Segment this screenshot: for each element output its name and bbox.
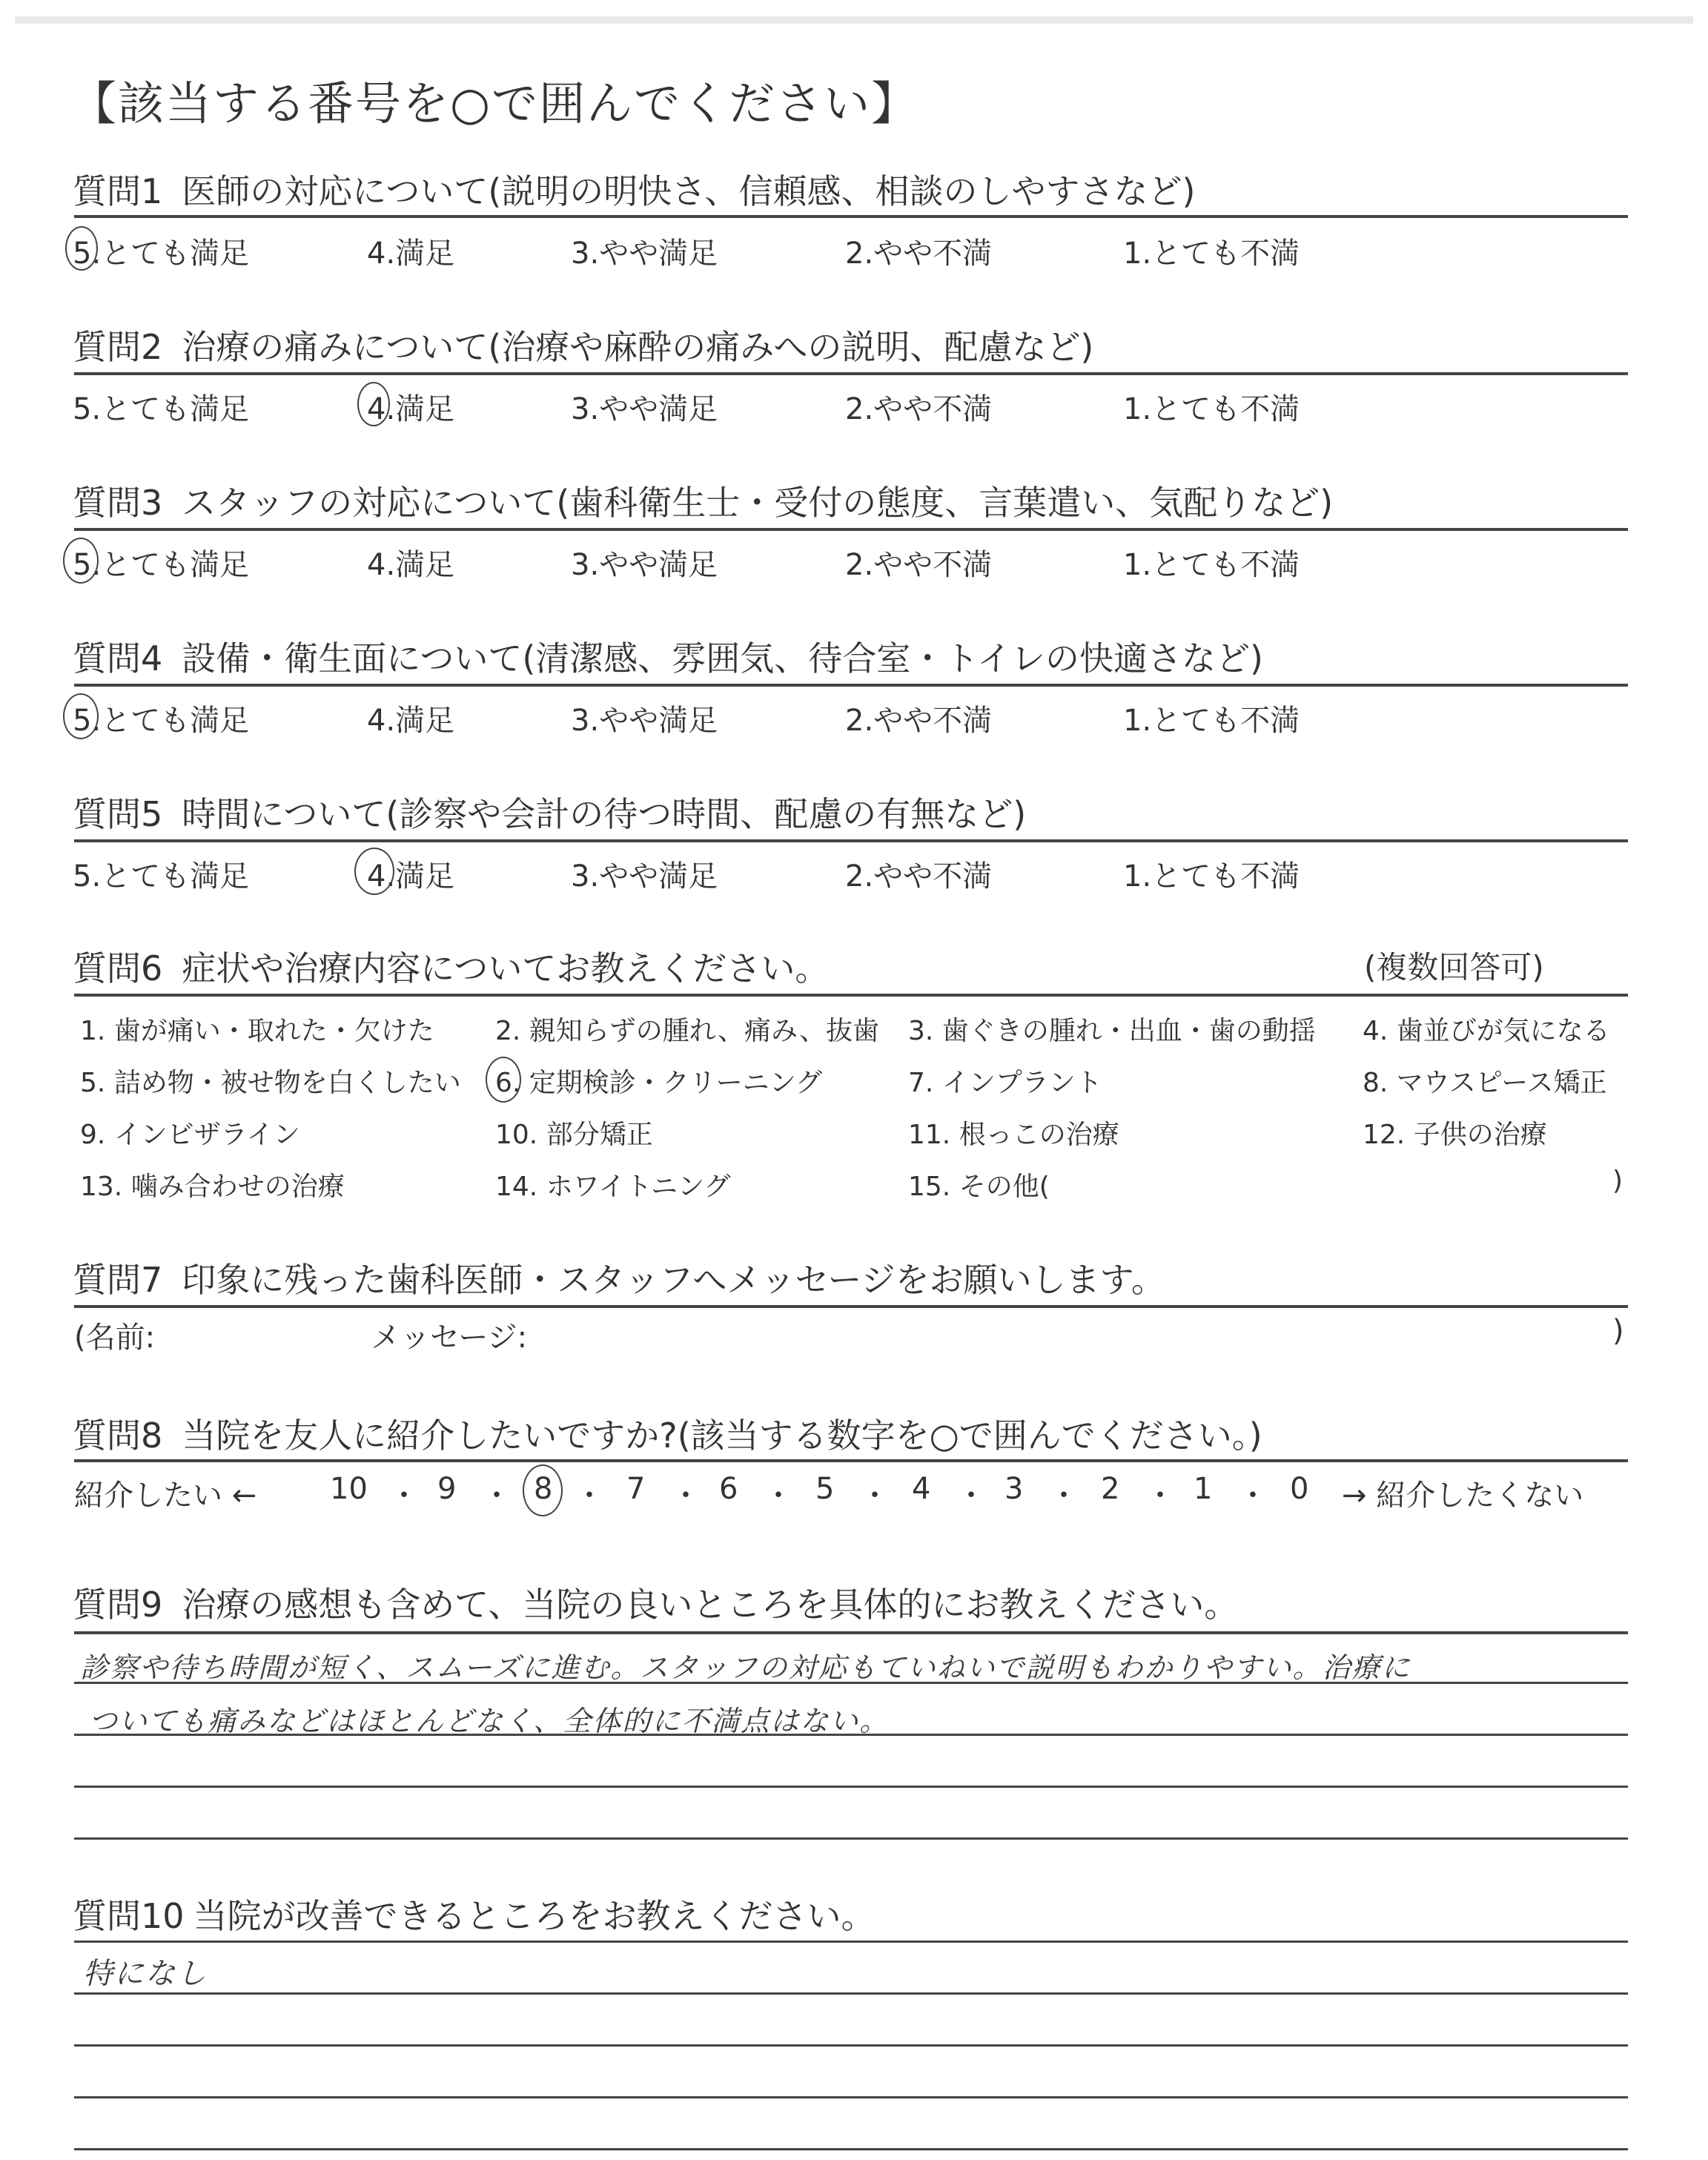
question-number: 質問9 <box>73 1585 162 1625</box>
scale-6[interactable]: 6 <box>719 1472 738 1506</box>
divider <box>74 684 1628 687</box>
scale-4[interactable]: 4 <box>912 1472 930 1506</box>
question-number: 質問2 <box>73 327 162 367</box>
name-field-label[interactable]: (名前: <box>74 1314 155 1356</box>
divider <box>74 528 1628 531</box>
answer-line <box>74 1682 1628 1684</box>
q1-option-1[interactable]: 1.とても不満 <box>1123 230 1300 272</box>
q5-option-1[interactable]: 1.とても不満 <box>1123 853 1300 895</box>
question-text: 印象に残った歯科医師・スタッフへメッセージをお願いします。 <box>182 1260 1165 1300</box>
q6-item-8[interactable]: 8. マウスピース矯正 <box>1363 1062 1606 1100</box>
scale-9[interactable]: 9 <box>437 1472 456 1506</box>
question-number: 質問4 <box>73 638 162 678</box>
q5-option-3[interactable]: 3.やや満足 <box>571 853 718 895</box>
selection-circle <box>486 1057 521 1103</box>
answer-line <box>74 1837 1628 1840</box>
q6-item-2[interactable]: 2. 親知らずの腫れ、痛み、抜歯 <box>495 1010 879 1048</box>
q6-item-10[interactable]: 10. 部分矯正 <box>495 1114 653 1152</box>
question-number: 質問8 <box>73 1416 162 1456</box>
divider <box>74 994 1628 997</box>
question-number: 質問1 <box>73 171 162 211</box>
question-number: 質問5 <box>73 794 162 834</box>
selection-circle <box>354 848 394 895</box>
q10-answer[interactable]: 特になし <box>83 1950 208 1992</box>
question-text: 治療の感想も含めて、当院の良いところを具体的にお教えください。 <box>182 1585 1238 1625</box>
q2-option-1[interactable]: 1.とても不満 <box>1123 386 1300 428</box>
q3-option-1[interactable]: 1.とても不満 <box>1123 541 1300 584</box>
q6-item-12[interactable]: 12. 子供の治療 <box>1363 1114 1547 1152</box>
question-text: 医師の対応について(説明の明快さ、信頼感、相談のしやすさなど) <box>182 171 1195 211</box>
q2-option-2[interactable]: 2.やや不満 <box>845 386 992 428</box>
q3-option-4[interactable]: 4.満足 <box>367 541 454 584</box>
q6-item-1[interactable]: 1. 歯が痛い・取れた・欠けた <box>80 1010 434 1048</box>
scale-3[interactable]: 3 <box>1004 1472 1023 1506</box>
question-text: 設備・衛生面について(清潔感、雰囲気、待合室・トイレの快適さなど) <box>182 638 1263 678</box>
question-7-heading: 質問7印象に残った歯科医師・スタッフへメッセージをお願いします。 <box>73 1253 1165 1302</box>
scale-2[interactable]: 2 <box>1101 1472 1119 1506</box>
question-3-heading: 質問3スタッフの対応について(歯科衛生士・受付の態度、言葉遣い、気配りなど) <box>73 476 1333 525</box>
scale-5[interactable]: 5 <box>815 1472 834 1506</box>
answer-line <box>74 1734 1628 1736</box>
q3-option-5[interactable]: 5.とても満足 <box>73 541 249 584</box>
q5-option-2[interactable]: 2.やや不満 <box>845 853 992 895</box>
scan-top-edge <box>15 16 1693 24</box>
question-9-heading: 質問9治療の感想も含めて、当院の良いところを具体的にお教えください。 <box>73 1578 1238 1627</box>
question-5-heading: 質問5時間について(診察や会計の待つ時間、配慮の有無など) <box>73 787 1026 836</box>
selection-circle <box>63 693 99 739</box>
answer-line <box>74 1992 1628 1995</box>
divider <box>74 372 1628 375</box>
q9-answer-line-2[interactable]: ついても痛みなどはほとんどなく、全体的に不満点はない。 <box>89 1698 889 1739</box>
divider <box>74 1459 1628 1462</box>
q6-item-6[interactable]: 6. 定期検診・クリーニング <box>495 1062 822 1100</box>
recommend-right-label: → 紹介したくない <box>1342 1472 1583 1514</box>
q2-option-3[interactable]: 3.やや満足 <box>571 386 718 428</box>
question-10-heading: 質問10当院が改善できるところをお教えください。 <box>73 1889 875 1938</box>
divider <box>74 215 1628 218</box>
message-close-paren: ) <box>1612 1314 1624 1348</box>
selection-circle <box>63 538 99 584</box>
q9-answer-line-1[interactable]: 診察や待ち時間が短く、スムーズに進む。スタッフの対応もていねいで説明もわかりやす… <box>80 1645 1411 1685</box>
page-title: 【該当する番号を○で囲んでください】 <box>70 67 918 133</box>
question-text: 時間について(診察や会計の待つ時間、配慮の有無など) <box>182 794 1026 834</box>
scale-1[interactable]: 1 <box>1194 1472 1212 1506</box>
divider <box>74 1305 1628 1308</box>
q6-item-13[interactable]: 13. 噛み合わせの治療 <box>80 1166 345 1203</box>
question-text: 治療の痛みについて(治療や麻酔の痛みへの説明、配慮など) <box>182 327 1093 367</box>
q3-option-3[interactable]: 3.やや満足 <box>571 541 718 584</box>
answer-line <box>74 1786 1628 1788</box>
question-6-heading: 質問6症状や治療内容についてお教えください。 <box>73 942 829 991</box>
q4-option-5[interactable]: 5.とても満足 <box>73 697 249 739</box>
question-text: 症状や治療内容についてお教えください。 <box>182 948 829 988</box>
scale-7[interactable]: 7 <box>626 1472 645 1506</box>
question-text: 当院が改善できるところをお教えください。 <box>193 1896 875 1936</box>
answer-line <box>74 2044 1628 2047</box>
q5-option-5[interactable]: 5.とても満足 <box>73 853 249 895</box>
q4-option-2[interactable]: 2.やや不満 <box>845 697 992 739</box>
q6-item-7[interactable]: 7. インプラント <box>908 1062 1102 1100</box>
q1-option-3[interactable]: 3.やや満足 <box>571 230 718 272</box>
other-close-paren: ) <box>1612 1166 1623 1196</box>
divider <box>74 1631 1628 1634</box>
answer-line <box>74 2148 1628 2150</box>
question-4-heading: 質問4設備・衛生面について(清潔感、雰囲気、待合室・トイレの快適さなど) <box>73 632 1263 681</box>
divider <box>74 839 1628 842</box>
question-number: 質問3 <box>73 483 162 523</box>
question-text: スタッフの対応について(歯科衛生士・受付の態度、言葉遣い、気配りなど) <box>182 483 1333 523</box>
q1-option-5[interactable]: 5.とても満足 <box>73 230 249 272</box>
question-number: 質問6 <box>73 948 162 988</box>
q3-option-2[interactable]: 2.やや不満 <box>845 541 992 584</box>
scale-0[interactable]: 0 <box>1290 1472 1308 1506</box>
q6-item-4[interactable]: 4. 歯並びが気になる <box>1363 1010 1610 1048</box>
multiple-answers-note: (複数回答可) <box>1364 943 1544 988</box>
question-8-heading: 質問8当院を友人に紹介したいですか?(該当する数字を○で囲んでください。) <box>73 1409 1262 1458</box>
selection-circle <box>65 226 98 271</box>
scale-10[interactable]: 10 <box>330 1472 368 1506</box>
question-number: 質問10 <box>73 1896 185 1936</box>
message-field-label[interactable]: メッセージ: <box>371 1314 527 1356</box>
selection-circle <box>523 1464 563 1516</box>
q6-item-3[interactable]: 3. 歯ぐきの腫れ・出血・歯の動揺 <box>908 1010 1316 1048</box>
q4-option-4[interactable]: 4.満足 <box>367 697 454 739</box>
q6-item-11[interactable]: 11. 根っこの治療 <box>908 1114 1119 1152</box>
recommend-left-label: 紹介したい ← <box>74 1472 256 1514</box>
answer-line <box>74 2096 1628 2098</box>
q4-option-1[interactable]: 1.とても不満 <box>1123 697 1300 739</box>
question-number: 質問7 <box>73 1260 162 1300</box>
divider <box>74 1941 1628 1943</box>
q4-option-3[interactable]: 3.やや満足 <box>571 697 718 739</box>
selection-circle <box>357 382 390 426</box>
q2-option-5[interactable]: 5.とても満足 <box>73 386 249 428</box>
q6-item-9[interactable]: 9. インビザライン <box>80 1114 300 1152</box>
q1-option-4[interactable]: 4.満足 <box>367 230 454 272</box>
question-text: 当院を友人に紹介したいですか?(該当する数字を○で囲んでください。) <box>182 1416 1262 1456</box>
question-1-heading: 質問1医師の対応について(説明の明快さ、信頼感、相談のしやすさなど) <box>73 165 1195 214</box>
q1-option-2[interactable]: 2.やや不満 <box>845 230 992 272</box>
q6-item-5[interactable]: 5. 詰め物・被せ物を白くしたい <box>80 1062 461 1100</box>
q6-item-15-other[interactable]: 15. その他( <box>908 1166 1050 1203</box>
question-2-heading: 質問2治療の痛みについて(治療や麻酔の痛みへの説明、配慮など) <box>73 320 1093 369</box>
q6-item-14[interactable]: 14. ホワイトニング <box>495 1166 730 1203</box>
